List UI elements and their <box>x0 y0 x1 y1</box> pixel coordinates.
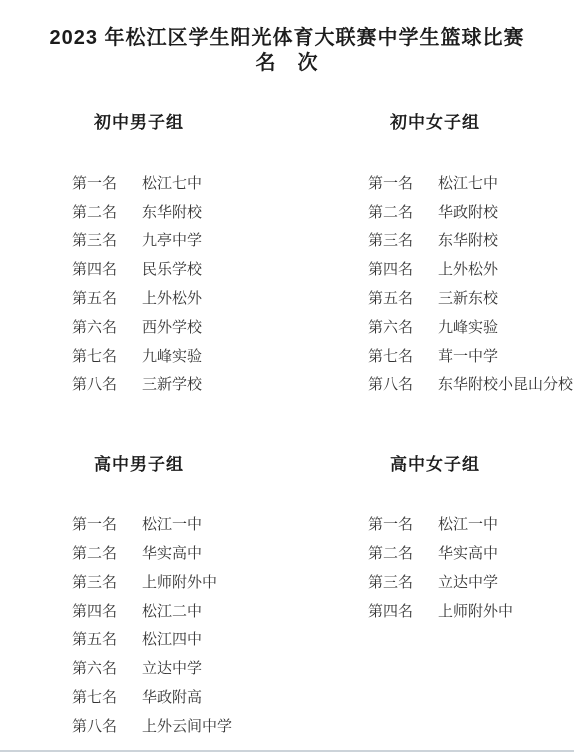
document-title: 2023 年松江区学生阳光体育大联赛中学生篮球比赛 名 次 <box>0 0 574 76</box>
ranking-row: 第三名立达中学 <box>368 567 564 596</box>
ranking-row: 第五名松江四中 <box>72 625 368 654</box>
school-name: 东华附校 <box>438 229 498 250</box>
group-header-junior-boys: 初中男子组 <box>94 114 368 132</box>
school-name: 上外松外 <box>438 258 498 279</box>
group-junior-girls: 初中女子组 第一名松江七中第二名华政附校第三名东华附校第四名上外松外第五名三新东… <box>368 114 573 398</box>
ranking-row: 第三名九亭中学 <box>72 226 368 255</box>
ranking-row: 第四名民乐学校 <box>72 254 368 283</box>
rank-label: 第二名 <box>72 542 142 563</box>
school-name: 华政附校 <box>438 201 498 222</box>
ranking-list-senior-girls: 第一名松江一中第二名华实高中第三名立达中学第四名上师附外中 <box>368 509 564 624</box>
school-name: 三新学校 <box>142 373 202 394</box>
document-page: 2023 年松江区学生阳光体育大联赛中学生篮球比赛 名 次 初中男子组 第一名松… <box>0 0 574 754</box>
ranking-row: 第八名上外云间中学 <box>72 711 368 740</box>
school-name: 松江一中 <box>438 513 498 534</box>
school-name: 上师附外中 <box>142 571 217 592</box>
rank-label: 第三名 <box>72 229 142 250</box>
rank-label: 第八名 <box>368 373 438 394</box>
ranking-row: 第六名立达中学 <box>72 653 368 682</box>
rank-label: 第七名 <box>72 345 142 366</box>
rank-label: 第一名 <box>368 172 438 193</box>
ranking-row: 第三名东华附校 <box>368 226 573 255</box>
ranking-row: 第五名上外松外 <box>72 283 368 312</box>
ranking-row: 第六名九峰实验 <box>368 312 573 341</box>
ranking-row: 第二名华实高中 <box>72 538 368 567</box>
rank-label: 第二名 <box>368 542 438 563</box>
rank-label: 第五名 <box>72 287 142 308</box>
group-junior-boys: 初中男子组 第一名松江七中第二名东华附校第三名九亭中学第四名民乐学校第五名上外松… <box>72 114 368 398</box>
rank-label: 第五名 <box>368 287 438 308</box>
school-name: 九峰实验 <box>438 316 498 337</box>
rank-label: 第一名 <box>72 513 142 534</box>
page-bottom-edge <box>0 750 574 752</box>
rank-label: 第四名 <box>72 600 142 621</box>
ranking-row: 第二名东华附校 <box>72 197 368 226</box>
ranking-row: 第七名九峰实验 <box>72 341 368 370</box>
school-name: 立达中学 <box>438 571 498 592</box>
ranking-row: 第七名茸一中学 <box>368 341 573 370</box>
ranking-row: 第六名西外学校 <box>72 312 368 341</box>
rank-label: 第一名 <box>72 172 142 193</box>
ranking-row: 第二名华政附校 <box>368 197 573 226</box>
ranking-row: 第二名华实高中 <box>368 538 564 567</box>
school-name: 松江七中 <box>142 172 202 193</box>
group-header-junior-girls: 初中女子组 <box>390 114 573 132</box>
school-name: 东华附校 <box>142 201 202 222</box>
ranking-list-senior-boys: 第一名松江一中第二名华实高中第三名上师附外中第四名松江二中第五名松江四中第六名立… <box>72 509 368 739</box>
ranking-row: 第一名松江七中 <box>72 168 368 197</box>
group-header-senior-girls: 高中女子组 <box>390 456 564 474</box>
rank-label: 第二名 <box>368 201 438 222</box>
rank-label: 第七名 <box>72 686 142 707</box>
rank-label: 第三名 <box>368 571 438 592</box>
rank-label: 第二名 <box>72 201 142 222</box>
junior-groups-row: 初中男子组 第一名松江七中第二名东华附校第三名九亭中学第四名民乐学校第五名上外松… <box>72 114 564 398</box>
ranking-row: 第四名上外松外 <box>368 254 573 283</box>
school-name: 上师附外中 <box>438 600 513 621</box>
rank-label: 第四名 <box>368 600 438 621</box>
school-name: 民乐学校 <box>142 258 202 279</box>
rank-label: 第六名 <box>368 316 438 337</box>
ranking-row: 第八名三新学校 <box>72 370 368 399</box>
school-name: 立达中学 <box>142 657 202 678</box>
school-name: 华实高中 <box>438 542 498 563</box>
ranking-row: 第一名松江七中 <box>368 168 573 197</box>
title-line-2: 名 次 <box>0 50 574 76</box>
title-line-1: 2023 年松江区学生阳光体育大联赛中学生篮球比赛 <box>0 26 574 50</box>
ranking-list-junior-boys: 第一名松江七中第二名东华附校第三名九亭中学第四名民乐学校第五名上外松外第六名西外… <box>72 168 368 398</box>
school-name: 华实高中 <box>142 542 202 563</box>
group-header-senior-boys: 高中男子组 <box>94 456 368 474</box>
ranking-row: 第一名松江一中 <box>72 509 368 538</box>
ranking-row: 第四名上师附外中 <box>368 596 564 625</box>
ranking-row: 第八名东华附校小昆山分校 <box>368 370 573 399</box>
ranking-list-junior-girls: 第一名松江七中第二名华政附校第三名东华附校第四名上外松外第五名三新东校第六名九峰… <box>368 168 573 398</box>
rank-label: 第一名 <box>368 513 438 534</box>
group-senior-boys: 高中男子组 第一名松江一中第二名华实高中第三名上师附外中第四名松江二中第五名松江… <box>72 456 368 739</box>
ranking-row: 第一名松江一中 <box>368 509 564 538</box>
ranking-row: 第七名华政附高 <box>72 682 368 711</box>
school-name: 东华附校小昆山分校 <box>438 373 573 394</box>
rank-label: 第六名 <box>72 316 142 337</box>
rank-label: 第六名 <box>72 657 142 678</box>
rank-label: 第三名 <box>72 571 142 592</box>
school-name: 松江一中 <box>142 513 202 534</box>
rank-label: 第八名 <box>72 715 142 736</box>
group-senior-girls: 高中女子组 第一名松江一中第二名华实高中第三名立达中学第四名上师附外中 <box>368 456 564 739</box>
school-name: 西外学校 <box>142 316 202 337</box>
rank-label: 第三名 <box>368 229 438 250</box>
school-name: 上外云间中学 <box>142 715 232 736</box>
school-name: 九亭中学 <box>142 229 202 250</box>
school-name: 茸一中学 <box>438 345 498 366</box>
rank-label: 第四名 <box>368 258 438 279</box>
rank-label: 第四名 <box>72 258 142 279</box>
rank-label: 第七名 <box>368 345 438 366</box>
senior-groups-row: 高中男子组 第一名松江一中第二名华实高中第三名上师附外中第四名松江二中第五名松江… <box>72 456 564 739</box>
school-name: 九峰实验 <box>142 345 202 366</box>
school-name: 松江二中 <box>142 600 202 621</box>
rank-label: 第五名 <box>72 628 142 649</box>
ranking-row: 第五名三新东校 <box>368 283 573 312</box>
school-name: 松江四中 <box>142 628 202 649</box>
rank-label: 第八名 <box>72 373 142 394</box>
school-name: 华政附高 <box>142 686 202 707</box>
ranking-row: 第四名松江二中 <box>72 596 368 625</box>
ranking-row: 第三名上师附外中 <box>72 567 368 596</box>
school-name: 松江七中 <box>438 172 498 193</box>
school-name: 三新东校 <box>438 287 498 308</box>
school-name: 上外松外 <box>142 287 202 308</box>
